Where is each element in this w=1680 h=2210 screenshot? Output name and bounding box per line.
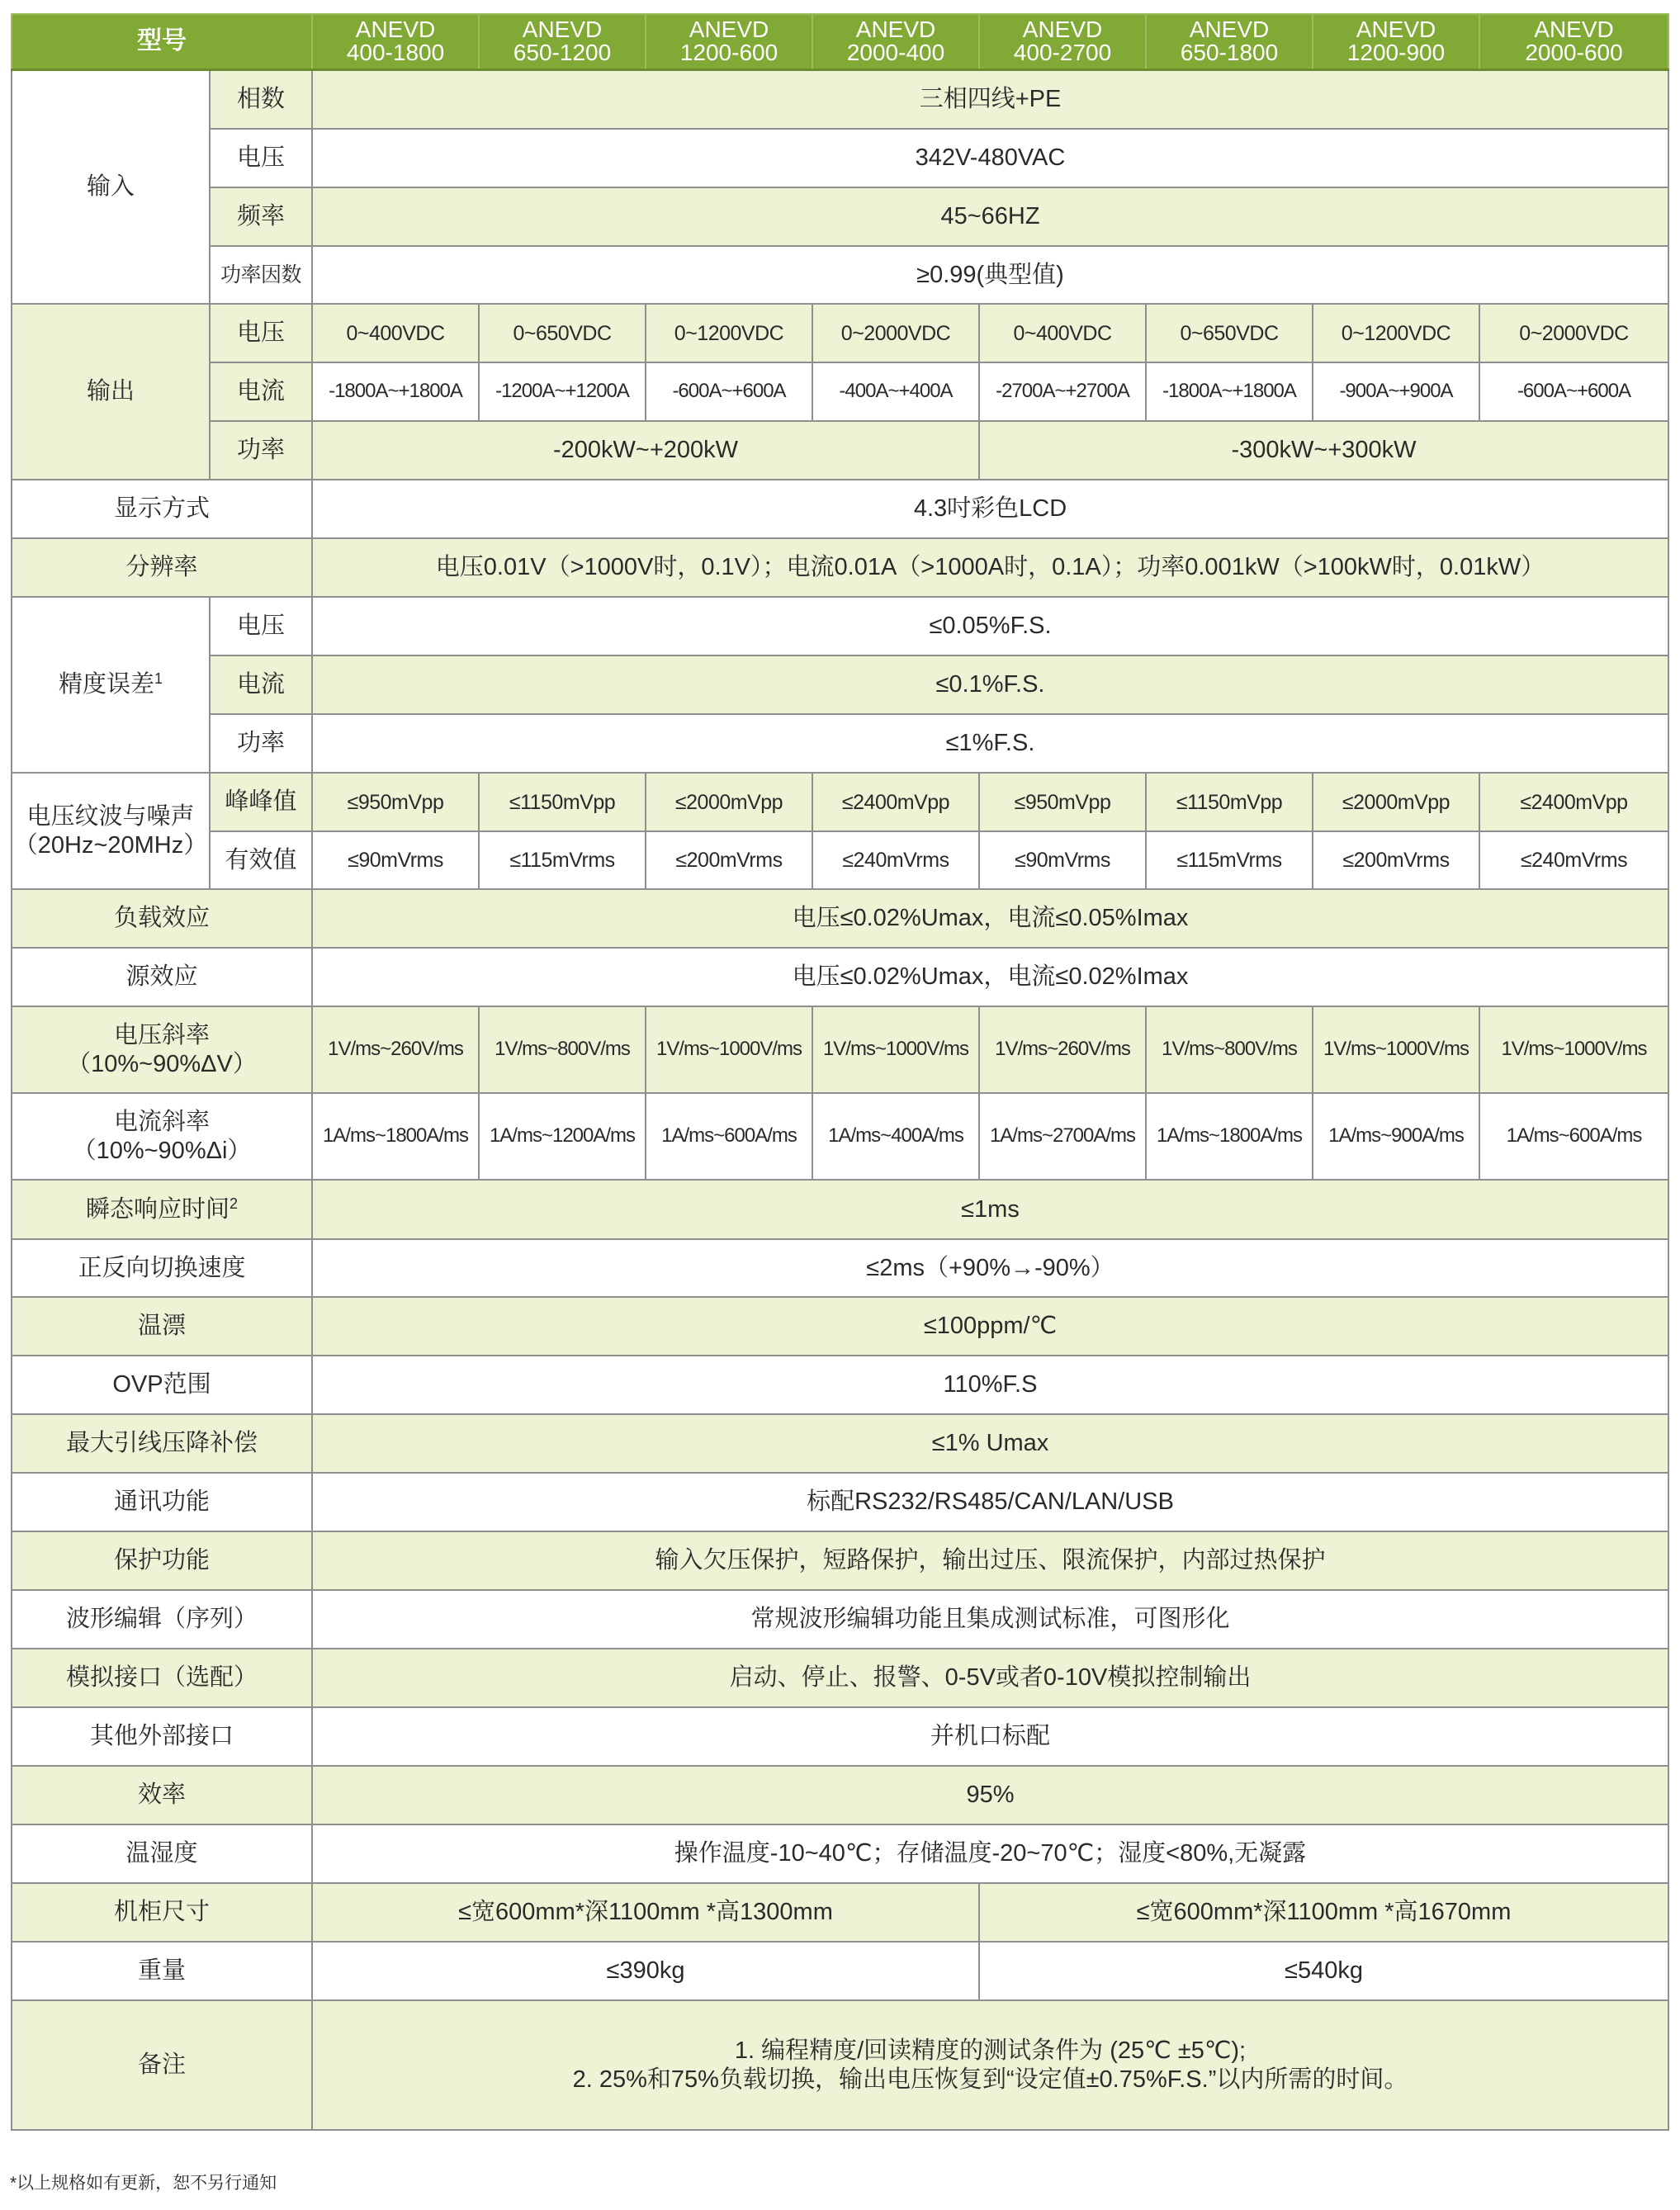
- row-value: ≤0.1%F.S.: [312, 655, 1668, 714]
- row-label: 重量: [12, 1942, 312, 2000]
- temp-drift-row: 温漂 ≤100ppm/℃: [12, 1297, 1668, 1356]
- accuracy-voltage-row: 精度误差1 电压 ≤0.05%F.S.: [12, 597, 1668, 655]
- ovp-row: OVP范围 110%F.S: [12, 1356, 1668, 1414]
- row-label: 瞬态响应时间2: [12, 1180, 312, 1239]
- cell-value: ≤240mVrms: [812, 831, 979, 889]
- row-value: 342V-480VAC: [312, 129, 1668, 187]
- cell-value: ≤宽600mm*深1100mm *高1670mm: [979, 1883, 1668, 1942]
- current-slew-row: 电流斜率（10%~90%Δi） 1A/ms~1800A/ms 1A/ms~120…: [12, 1093, 1668, 1180]
- model-header: ANEVD400-2700: [979, 14, 1146, 69]
- row-value: ≤0.05%F.S.: [312, 597, 1668, 655]
- notes-value: 1. 编程精度/回读精度的测试条件为 (25℃ ±5℃);2. 25%和75%负…: [312, 2000, 1668, 2130]
- accuracy-power-row: 功率 ≤1%F.S.: [12, 714, 1668, 773]
- cell-value: ≤950mVpp: [312, 773, 479, 831]
- row-value: 三相四线+PE: [312, 69, 1668, 129]
- cell-value: -600A~+600A: [1479, 362, 1668, 421]
- input-voltage-row: 电压 342V-480VAC: [12, 129, 1668, 187]
- cell-value: 1A/ms~600A/ms: [646, 1093, 812, 1180]
- row-label: 源效应: [12, 948, 312, 1006]
- row-value: 电压≤0.02%Umax，电流≤0.02%Imax: [312, 948, 1668, 1006]
- footnote-mark: 1: [154, 670, 163, 687]
- cell-value: 1A/ms~600A/ms: [1479, 1093, 1668, 1180]
- cell-value: 0~1200VDC: [1313, 304, 1479, 362]
- cell-value: 0~650VDC: [479, 304, 646, 362]
- cell-value: 1A/ms~1800A/ms: [1146, 1093, 1313, 1180]
- row-value: 110%F.S: [312, 1356, 1668, 1414]
- row-value: 常规波形编辑功能且集成测试标准，可图形化: [312, 1590, 1668, 1649]
- header-row: 型号 ANEVD400-1800 ANEVD650-1200 ANEVD1200…: [12, 14, 1668, 69]
- row-value: ≤1% Umax: [312, 1414, 1668, 1473]
- row-label: 显示方式: [12, 480, 312, 538]
- line-drop-row: 最大引线压降补偿 ≤1% Umax: [12, 1414, 1668, 1473]
- input-frequency-row: 频率 45~66HZ: [12, 187, 1668, 246]
- row-label: 负载效应: [12, 889, 312, 948]
- cell-value: ≤90mVrms: [312, 831, 479, 889]
- input-label: 输入: [12, 69, 210, 304]
- cell-value: ≤2400mVpp: [1479, 773, 1668, 831]
- cabinet-row: 机柜尺寸 ≤宽600mm*深1100mm *高1300mm ≤宽600mm*深1…: [12, 1883, 1668, 1942]
- cell-value: 0~400VDC: [312, 304, 479, 362]
- row-value: ≤100ppm/℃: [312, 1297, 1668, 1356]
- cell-value: ≤宽600mm*深1100mm *高1300mm: [312, 1883, 979, 1942]
- cell-value: 1V/ms~1000V/ms: [1313, 1006, 1479, 1093]
- ripple-rms-row: 有效值 ≤90mVrms ≤115mVrms ≤200mVrms ≤240mVr…: [12, 831, 1668, 889]
- cell-value: -1200A~+1200A: [479, 362, 646, 421]
- analog-row: 模拟接口（选配） 启动、停止、报警、0-5V或者0-10V模拟控制输出: [12, 1649, 1668, 1707]
- disclaimer-footnote: *以上规格如有更新，恕不另行通知: [10, 2170, 277, 2194]
- row-label: 备注: [12, 2000, 312, 2130]
- switch-speed-row: 正反向切换速度 ≤2ms（+90%→-90%）: [12, 1239, 1668, 1297]
- cell-value: ≤115mVrms: [479, 831, 646, 889]
- model-header: ANEVD650-1800: [1146, 14, 1313, 69]
- cell-value: 0~1200VDC: [646, 304, 812, 362]
- load-effect-row: 负载效应 电压≤0.02%Umax，电流≤0.05%Imax: [12, 889, 1668, 948]
- cell-value: ≤390kg: [312, 1942, 979, 2000]
- accuracy-current-row: 电流 ≤0.1%F.S.: [12, 655, 1668, 714]
- model-header: ANEVD650-1200: [479, 14, 646, 69]
- row-label: 最大引线压降补偿: [12, 1414, 312, 1473]
- cell-value: -200kW~+200kW: [312, 421, 979, 480]
- cell-value: ≤2000mVpp: [646, 773, 812, 831]
- output-current-row: 电流 -1800A~+1800A -1200A~+1200A -600A~+60…: [12, 362, 1668, 421]
- row-value: ≤1%F.S.: [312, 714, 1668, 773]
- input-power-factor-row: 功率因数 ≥0.99(典型值): [12, 246, 1668, 304]
- resolution-row: 分辨率 电压0.01V（>1000V时，0.1V）；电流0.01A（>1000A…: [12, 538, 1668, 597]
- cell-value: 0~2000VDC: [812, 304, 979, 362]
- cell-value: -300kW~+300kW: [979, 421, 1668, 480]
- row-sublabel: 电流: [210, 362, 312, 421]
- weight-row: 重量 ≤390kg ≤540kg: [12, 1942, 1668, 2000]
- cell-value: ≤115mVrms: [1146, 831, 1313, 889]
- cell-value: -1800A~+1800A: [312, 362, 479, 421]
- row-label: 温湿度: [12, 1824, 312, 1883]
- cell-value: -900A~+900A: [1313, 362, 1479, 421]
- cell-value: 1A/ms~1800A/ms: [312, 1093, 479, 1180]
- row-value: ≤2ms（+90%→-90%）: [312, 1239, 1668, 1297]
- cell-value: 1V/ms~260V/ms: [312, 1006, 479, 1093]
- row-label: 机柜尺寸: [12, 1883, 312, 1942]
- cell-value: ≤240mVrms: [1479, 831, 1668, 889]
- row-sublabel: 相数: [210, 69, 312, 129]
- output-voltage-row: 输出 电压 0~400VDC 0~650VDC 0~1200VDC 0~2000…: [12, 304, 1668, 362]
- cell-value: ≤950mVpp: [979, 773, 1146, 831]
- model-header: ANEVD1200-600: [646, 14, 812, 69]
- row-value: 电压0.01V（>1000V时，0.1V）；电流0.01A（>1000A时，0.…: [312, 538, 1668, 597]
- cell-value: 1V/ms~800V/ms: [1146, 1006, 1313, 1093]
- input-phase-row: 输入 相数 三相四线+PE: [12, 69, 1668, 129]
- row-sublabel: 功率: [210, 714, 312, 773]
- cell-value: 1V/ms~260V/ms: [979, 1006, 1146, 1093]
- comm-row: 通讯功能 标配RS232/RS485/CAN/LAN/USB: [12, 1473, 1668, 1531]
- cell-value: 1V/ms~1000V/ms: [1479, 1006, 1668, 1093]
- output-label: 输出: [12, 304, 210, 480]
- protection-row: 保护功能 输入欠压保护，短路保护，输出过压、限流保护，内部过热保护: [12, 1531, 1668, 1590]
- row-value: ≤1ms: [312, 1180, 1668, 1239]
- cell-value: ≤90mVrms: [979, 831, 1146, 889]
- row-sublabel: 电压: [210, 597, 312, 655]
- model-header-label: 型号: [12, 14, 312, 69]
- row-label: 波形编辑（序列）: [12, 1590, 312, 1649]
- cell-value: ≤2000mVpp: [1313, 773, 1479, 831]
- model-header: ANEVD400-1800: [312, 14, 479, 69]
- notes-row: 备注 1. 编程精度/回读精度的测试条件为 (25℃ ±5℃);2. 25%和7…: [12, 2000, 1668, 2130]
- cell-value: ≤200mVrms: [1313, 831, 1479, 889]
- row-sublabel: 峰峰值: [210, 773, 312, 831]
- row-sublabel: 功率因数: [210, 246, 312, 304]
- row-label: 电压斜率（10%~90%ΔV）: [12, 1006, 312, 1093]
- cell-value: ≤2400mVpp: [812, 773, 979, 831]
- voltage-slew-row: 电压斜率（10%~90%ΔV） 1V/ms~260V/ms 1V/ms~800V…: [12, 1006, 1668, 1093]
- row-value: 标配RS232/RS485/CAN/LAN/USB: [312, 1473, 1668, 1531]
- ripple-label: 电压纹波与噪声（20Hz~20MHz）: [12, 773, 210, 889]
- cell-value: 1V/ms~1000V/ms: [812, 1006, 979, 1093]
- row-value: 启动、停止、报警、0-5V或者0-10V模拟控制输出: [312, 1649, 1668, 1707]
- cell-value: 1A/ms~2700A/ms: [979, 1093, 1146, 1180]
- cell-value: 0~2000VDC: [1479, 304, 1668, 362]
- row-sublabel: 功率: [210, 421, 312, 480]
- row-value: 电压≤0.02%Umax，电流≤0.05%Imax: [312, 889, 1668, 948]
- row-value: 并机口标配: [312, 1707, 1668, 1766]
- row-value: 95%: [312, 1766, 1668, 1824]
- cell-value: 0~650VDC: [1146, 304, 1313, 362]
- cell-value: ≤1150mVpp: [479, 773, 646, 831]
- environment-row: 温湿度 操作温度-10~40℃；存储温度-20~70℃；湿度<80%,无凝露: [12, 1824, 1668, 1883]
- waveform-row: 波形编辑（序列） 常规波形编辑功能且集成测试标准，可图形化: [12, 1590, 1668, 1649]
- cell-value: ≤200mVrms: [646, 831, 812, 889]
- row-label: 模拟接口（选配）: [12, 1649, 312, 1707]
- cell-value: 1A/ms~400A/ms: [812, 1093, 979, 1180]
- row-label: OVP范围: [12, 1356, 312, 1414]
- row-label: 保护功能: [12, 1531, 312, 1590]
- cell-value: 1V/ms~1000V/ms: [646, 1006, 812, 1093]
- cell-value: 0~400VDC: [979, 304, 1146, 362]
- row-sublabel: 有效值: [210, 831, 312, 889]
- row-value: 操作温度-10~40℃；存储温度-20~70℃；湿度<80%,无凝露: [312, 1824, 1668, 1883]
- model-header: ANEVD2000-400: [812, 14, 979, 69]
- row-label: 分辨率: [12, 538, 312, 597]
- model-header: ANEVD2000-600: [1479, 14, 1668, 69]
- cell-value: -1800A~+1800A: [1146, 362, 1313, 421]
- row-value: 输入欠压保护，短路保护，输出过压、限流保护，内部过热保护: [312, 1531, 1668, 1590]
- display-row: 显示方式 4.3吋彩色LCD: [12, 480, 1668, 538]
- row-label: 温漂: [12, 1297, 312, 1356]
- cell-value: -2700A~+2700A: [979, 362, 1146, 421]
- transient-row: 瞬态响应时间2 ≤1ms: [12, 1180, 1668, 1239]
- row-label: 效率: [12, 1766, 312, 1824]
- efficiency-row: 效率 95%: [12, 1766, 1668, 1824]
- cell-value: 1A/ms~1200A/ms: [479, 1093, 646, 1180]
- model-header: ANEVD1200-900: [1313, 14, 1479, 69]
- row-sublabel: 电压: [210, 129, 312, 187]
- row-label: 通讯功能: [12, 1473, 312, 1531]
- source-effect-row: 源效应 电压≤0.02%Umax，电流≤0.02%Imax: [12, 948, 1668, 1006]
- spec-table: 型号 ANEVD400-1800 ANEVD650-1200 ANEVD1200…: [11, 13, 1669, 2131]
- cell-value: -400A~+400A: [812, 362, 979, 421]
- cell-value: ≤1150mVpp: [1146, 773, 1313, 831]
- row-sublabel: 电流: [210, 655, 312, 714]
- ripple-peak-row: 电压纹波与噪声（20Hz~20MHz） 峰峰值 ≤950mVpp ≤1150mV…: [12, 773, 1668, 831]
- footnote-mark: 2: [230, 1195, 238, 1212]
- row-sublabel: 频率: [210, 187, 312, 246]
- cell-value: 1V/ms~800V/ms: [479, 1006, 646, 1093]
- cell-value: 1A/ms~900A/ms: [1313, 1093, 1479, 1180]
- row-value: 4.3吋彩色LCD: [312, 480, 1668, 538]
- output-power-row: 功率 -200kW~+200kW -300kW~+300kW: [12, 421, 1668, 480]
- row-value: 45~66HZ: [312, 187, 1668, 246]
- row-label: 电流斜率（10%~90%Δi）: [12, 1093, 312, 1180]
- row-value: ≥0.99(典型值): [312, 246, 1668, 304]
- cell-value: ≤540kg: [979, 1942, 1668, 2000]
- cell-value: -600A~+600A: [646, 362, 812, 421]
- row-label: 其他外部接口: [12, 1707, 312, 1766]
- accuracy-label: 精度误差1: [12, 597, 210, 773]
- row-label: 正反向切换速度: [12, 1239, 312, 1297]
- other-ports-row: 其他外部接口 并机口标配: [12, 1707, 1668, 1766]
- row-sublabel: 电压: [210, 304, 312, 362]
